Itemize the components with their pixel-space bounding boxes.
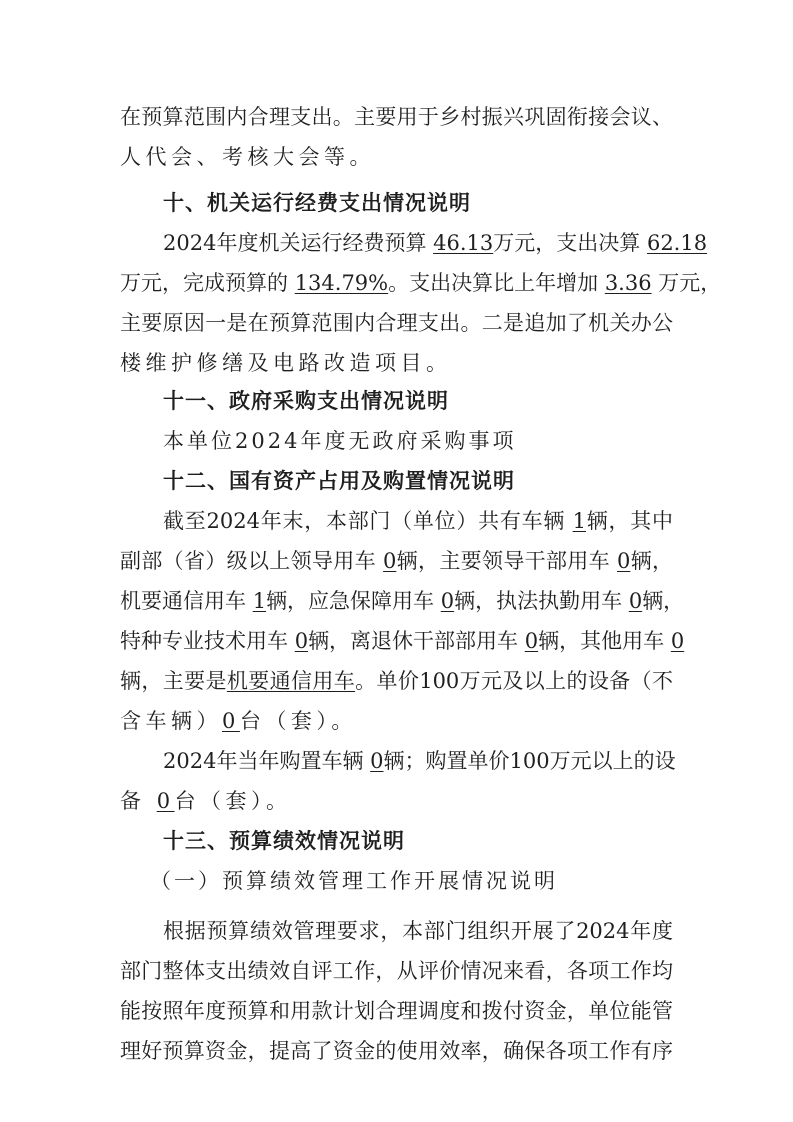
purchased-equipment-value: 0	[157, 789, 175, 813]
paragraph-line: 含车辆）0台（套）。	[120, 707, 680, 735]
text-run: 含车辆）	[120, 709, 222, 733]
paragraph-line: 人代会、考核大会等。	[120, 143, 680, 171]
text-run: 万元，支出决算	[493, 231, 640, 255]
paragraph-line: 2024年度机关运行经费预算 46.13万元，支出决算 62.18	[163, 229, 673, 257]
paragraph-line: 楼维护修缮及电路改造项目。	[120, 349, 680, 377]
confidential-cars-value: 1	[253, 589, 266, 613]
purchased-vehicles-value: 0	[370, 749, 383, 773]
main-leader-cars-value: 0	[617, 549, 630, 573]
equipment-value: 0	[222, 709, 240, 733]
text-run: 辆，其中	[586, 509, 673, 533]
law-cars-value: 0	[629, 589, 642, 613]
paragraph-line: 机要通信用车 1辆，应急保障用车 0辆，执法执勤用车 0辆，	[120, 587, 673, 615]
text-run: 辆，主要是	[120, 669, 227, 693]
section-heading-10: 十、机关运行经费支出情况说明	[163, 189, 723, 217]
text-run: 辆，	[642, 589, 684, 613]
text-run: 辆，主要领导干部用车	[396, 549, 610, 573]
text-run: 截至2024年末，本部门（单位）共有车辆	[163, 509, 565, 533]
paragraph-line: 部门整体支出绩效自评工作，从评价情况来看，各项工作均	[120, 957, 673, 985]
text-run: 万元，	[658, 271, 721, 295]
paragraph-line: 辆，主要是机要通信用车。单价100万元及以上的设备（不	[120, 667, 673, 695]
increase-value: 3.36	[605, 271, 652, 295]
text-run: 辆，	[630, 549, 673, 573]
paragraph-line: 主要原因一是在预算范围内合理支出。二是追加了机关办公	[120, 309, 673, 337]
leader-cars-value: 0	[383, 549, 396, 573]
section-heading-12: 十二、国有资产占用及购置情况说明	[163, 467, 723, 495]
paragraph-line: 万元，完成预算的 134.79%。支出决算比上年增加 3.36 万元，	[120, 269, 673, 297]
text-run: 。支出决算比上年增加	[388, 271, 598, 295]
text-run: 。单价100万元及以上的设备（不	[355, 669, 673, 693]
total-vehicles-value: 1	[573, 509, 586, 533]
paragraph-line: 副部（省）级以上领导用车 0辆，主要领导干部用车 0辆，	[120, 547, 673, 575]
text-run: 特种专业技术用车	[120, 629, 288, 653]
budget-value: 46.13	[433, 231, 493, 255]
text-run: 辆，离退休干部部用车	[308, 629, 518, 653]
main-type-value: 机要通信用车	[227, 669, 355, 693]
paragraph-line: 备 0台（套）。	[120, 787, 680, 815]
section-heading-13: 十三、预算绩效情况说明	[163, 827, 723, 855]
text-run: 辆，应急保障用车	[266, 589, 434, 613]
document-page: 在预算范围内合理支出。主要用于乡村振兴巩固衔接会议、 人代会、考核大会等。 十、…	[0, 0, 793, 1122]
text-run: 台（套）。	[175, 789, 292, 813]
paragraph-line: 本单位2024年度无政府采购事项	[163, 427, 723, 455]
other-cars-value: 0	[671, 629, 684, 653]
text-run: 台（套）。	[240, 709, 357, 733]
paragraph-line: 理好预算资金，提高了资金的使用效率，确保各项工作有序	[120, 1037, 673, 1065]
paragraph-line: 在预算范围内合理支出。主要用于乡村振兴巩固衔接会议、	[120, 103, 673, 131]
paragraph-line: 根据预算绩效管理要求，本部门组织开展了2024年度	[163, 917, 673, 945]
text-run: 副部（省）级以上领导用车	[120, 549, 376, 573]
paragraph-line: 2024年当年购置车辆 0辆；购置单价100万元以上的设	[163, 747, 673, 775]
text-run: 备	[120, 789, 146, 813]
emergency-cars-value: 0	[441, 589, 454, 613]
text-run: 辆；购置单价100万元以上的设	[384, 749, 676, 773]
text-run: 辆，其他用车	[538, 629, 664, 653]
paragraph-line: 特种专业技术用车 0辆，离退休干部部用车 0辆，其他用车 0	[120, 627, 673, 655]
subsection-heading: （一）预算绩效管理工作开展情况说明	[150, 867, 710, 895]
text-run: 机要通信用车	[120, 589, 246, 613]
paragraph-line: 截至2024年末，本部门（单位）共有车辆 1辆，其中	[163, 507, 673, 535]
section-heading-11: 十一、政府采购支出情况说明	[163, 387, 723, 415]
text-run: 万元，完成预算的	[120, 271, 288, 295]
text-run: 2024年当年购置车辆	[163, 749, 363, 773]
percent-value: 134.79%	[295, 271, 388, 295]
retired-cars-value: 0	[525, 629, 538, 653]
text-run: 2024年度机关运行经费预算	[163, 231, 426, 255]
special-cars-value: 0	[295, 629, 308, 653]
paragraph-line: 能按照年度预算和用款计划合理调度和拨付资金，单位能管	[120, 997, 673, 1025]
final-value: 62.18	[647, 231, 707, 255]
text-run: 辆，执法执勤用车	[454, 589, 622, 613]
